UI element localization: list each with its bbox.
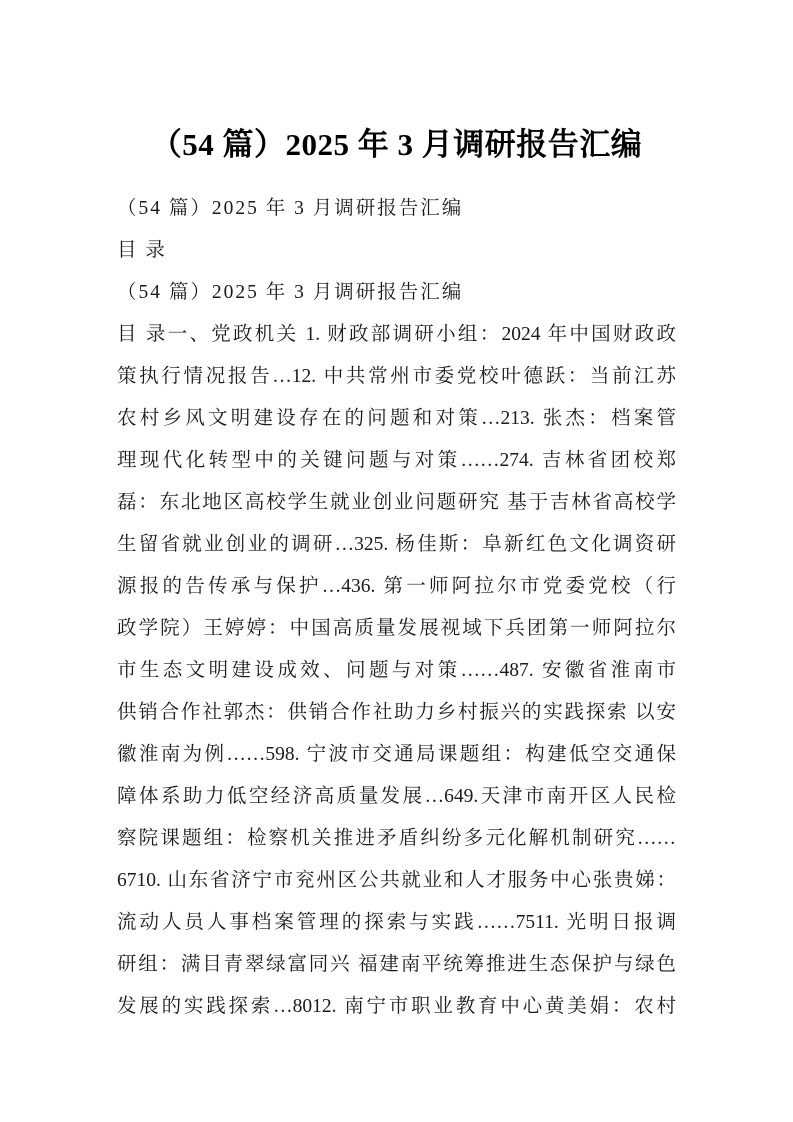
- toc-label: 目 录: [117, 230, 676, 272]
- toc-line: 徽淮南为例……598. 宁波市交通局课题组：构建低空交通保: [117, 734, 676, 776]
- document-page: （54 篇）2025 年 3 月调研报告汇编 （54 篇）2025 年 3 月调…: [0, 0, 793, 1122]
- document-title: （54 篇）2025 年 3 月调研报告汇编: [117, 124, 676, 166]
- toc-line: 研组：满目青翠绿富同兴 福建南平统筹推进生态保护与绿色: [117, 944, 676, 986]
- toc-line: 6710. 山东省济宁市兖州区公共就业和人才服务中心张贵娣：: [117, 860, 676, 902]
- toc-line: 农村乡风文明建设存在的问题和对策…213. 张杰：档案管: [117, 398, 676, 440]
- page-content: （54 篇）2025 年 3 月调研报告汇编 （54 篇）2025 年 3 月调…: [0, 0, 793, 1028]
- toc-line: 市生态文明建设成效、问题与对策……487. 安徽省淮南市: [117, 650, 676, 692]
- toc-paragraph: 目 录一、党政机关 1. 财政部调研小组：2024 年中国财政政 策执行情况报告…: [117, 314, 676, 1028]
- toc-line: 目 录一、党政机关 1. 财政部调研小组：2024 年中国财政政: [117, 314, 676, 356]
- toc-line: 障体系助力低空经济高质量发展…649.天津市南开区人民检: [117, 776, 676, 818]
- toc-line: 策执行情况报告…12. 中共常州市委党校叶德跃：当前江苏: [117, 356, 676, 398]
- toc-line: 政学院）王婷婷：中国高质量发展视域下兵团第一师阿拉尔: [117, 608, 676, 650]
- toc-line: 理现代化转型中的关键问题与对策……274. 吉林省团校郑: [117, 440, 676, 482]
- heading-repeat-line-2: （54 篇）2025 年 3 月调研报告汇编: [117, 272, 676, 314]
- toc-line: 流动人员人事档案管理的探索与实践……7511. 光明日报调: [117, 902, 676, 944]
- toc-line: 发展的实践探索…8012. 南宁市职业教育中心黄美娟：农村: [117, 986, 676, 1028]
- toc-line: 磊：东北地区高校学生就业创业问题研究 基于吉林省高校学: [117, 482, 676, 524]
- toc-line: 供销合作社郭杰：供销合作社助力乡村振兴的实践探索 以安: [117, 692, 676, 734]
- toc-line: 生留省就业创业的调研…325. 杨佳斯：阜新红色文化调资研: [117, 524, 676, 566]
- toc-line: 察院课题组：检察机关推进矛盾纠纷多元化解机制研究……: [117, 818, 676, 860]
- toc-line: 源报的告传承与保护…436. 第一师阿拉尔市党委党校（行: [117, 566, 676, 608]
- heading-repeat-line-1: （54 篇）2025 年 3 月调研报告汇编: [117, 188, 676, 230]
